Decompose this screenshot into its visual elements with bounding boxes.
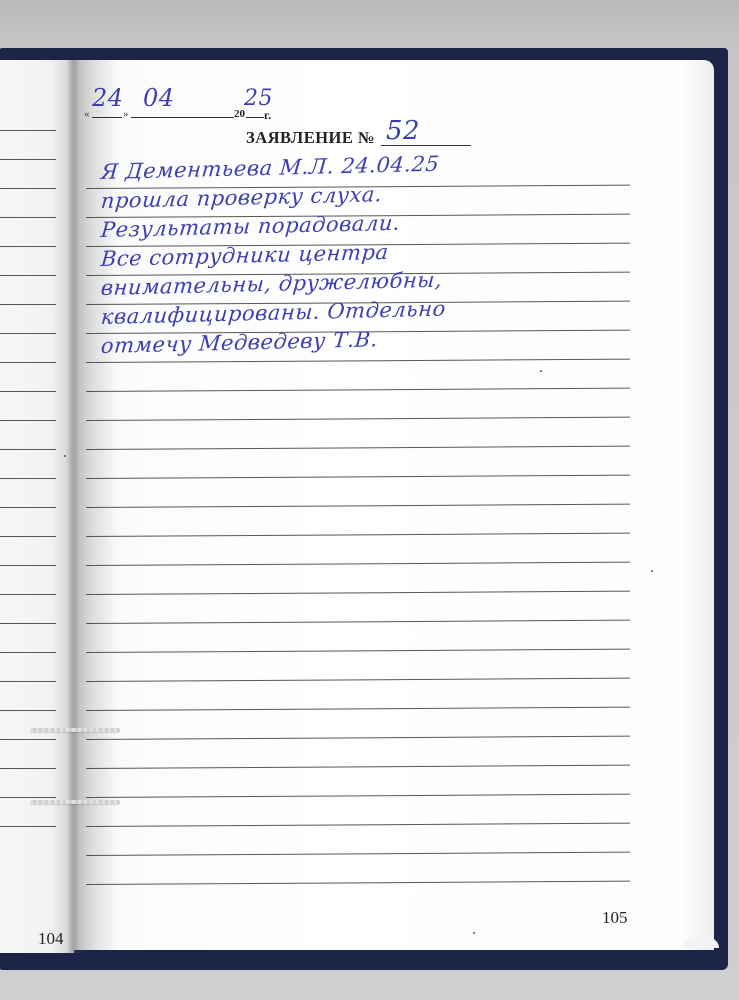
ruled-line (0, 507, 56, 508)
ruled-line (0, 623, 56, 624)
date-quote-open: « (84, 108, 90, 120)
ruled-line (0, 797, 56, 798)
date-year-line (246, 117, 264, 118)
ruled-line (0, 449, 56, 450)
ruled-line (0, 188, 56, 189)
year-unit: г. (264, 108, 271, 123)
ruled-line (0, 130, 56, 131)
ruled-line (0, 739, 56, 740)
ruled-line (0, 652, 56, 653)
binding-stitch (30, 728, 120, 732)
ruled-line (0, 333, 56, 334)
binding-stitch (30, 800, 120, 804)
ruled-line (0, 420, 56, 421)
paper-speck (64, 455, 66, 457)
ruled-line (0, 391, 56, 392)
ruled-line (0, 246, 56, 247)
ruled-line (0, 362, 56, 363)
date-day-line (92, 117, 122, 118)
right-page-number: 105 (602, 908, 628, 928)
ruled-line (0, 768, 56, 769)
ruled-line (0, 710, 56, 711)
spine-gutter (66, 60, 80, 953)
paper-speck (540, 370, 542, 372)
paper-speck (473, 932, 475, 934)
ruled-line (0, 565, 56, 566)
ruled-line (0, 826, 56, 827)
ruled-line (0, 159, 56, 160)
ruled-line (0, 536, 56, 537)
page-title: ЗАЯВЛЕНИЕ № (246, 128, 375, 148)
ruled-line (0, 217, 56, 218)
paper-speck (651, 570, 653, 572)
page-corner-curl (683, 938, 719, 948)
ruled-line (0, 275, 56, 276)
ruled-line (0, 478, 56, 479)
ruled-line (0, 594, 56, 595)
ruled-line (0, 681, 56, 682)
date-day: 24 (92, 84, 124, 112)
statement-number: 52 (386, 116, 420, 146)
date-month: 04 (143, 84, 175, 112)
ruled-line (0, 304, 56, 305)
left-page-number: 104 (38, 929, 64, 949)
date-month-line (131, 117, 234, 118)
